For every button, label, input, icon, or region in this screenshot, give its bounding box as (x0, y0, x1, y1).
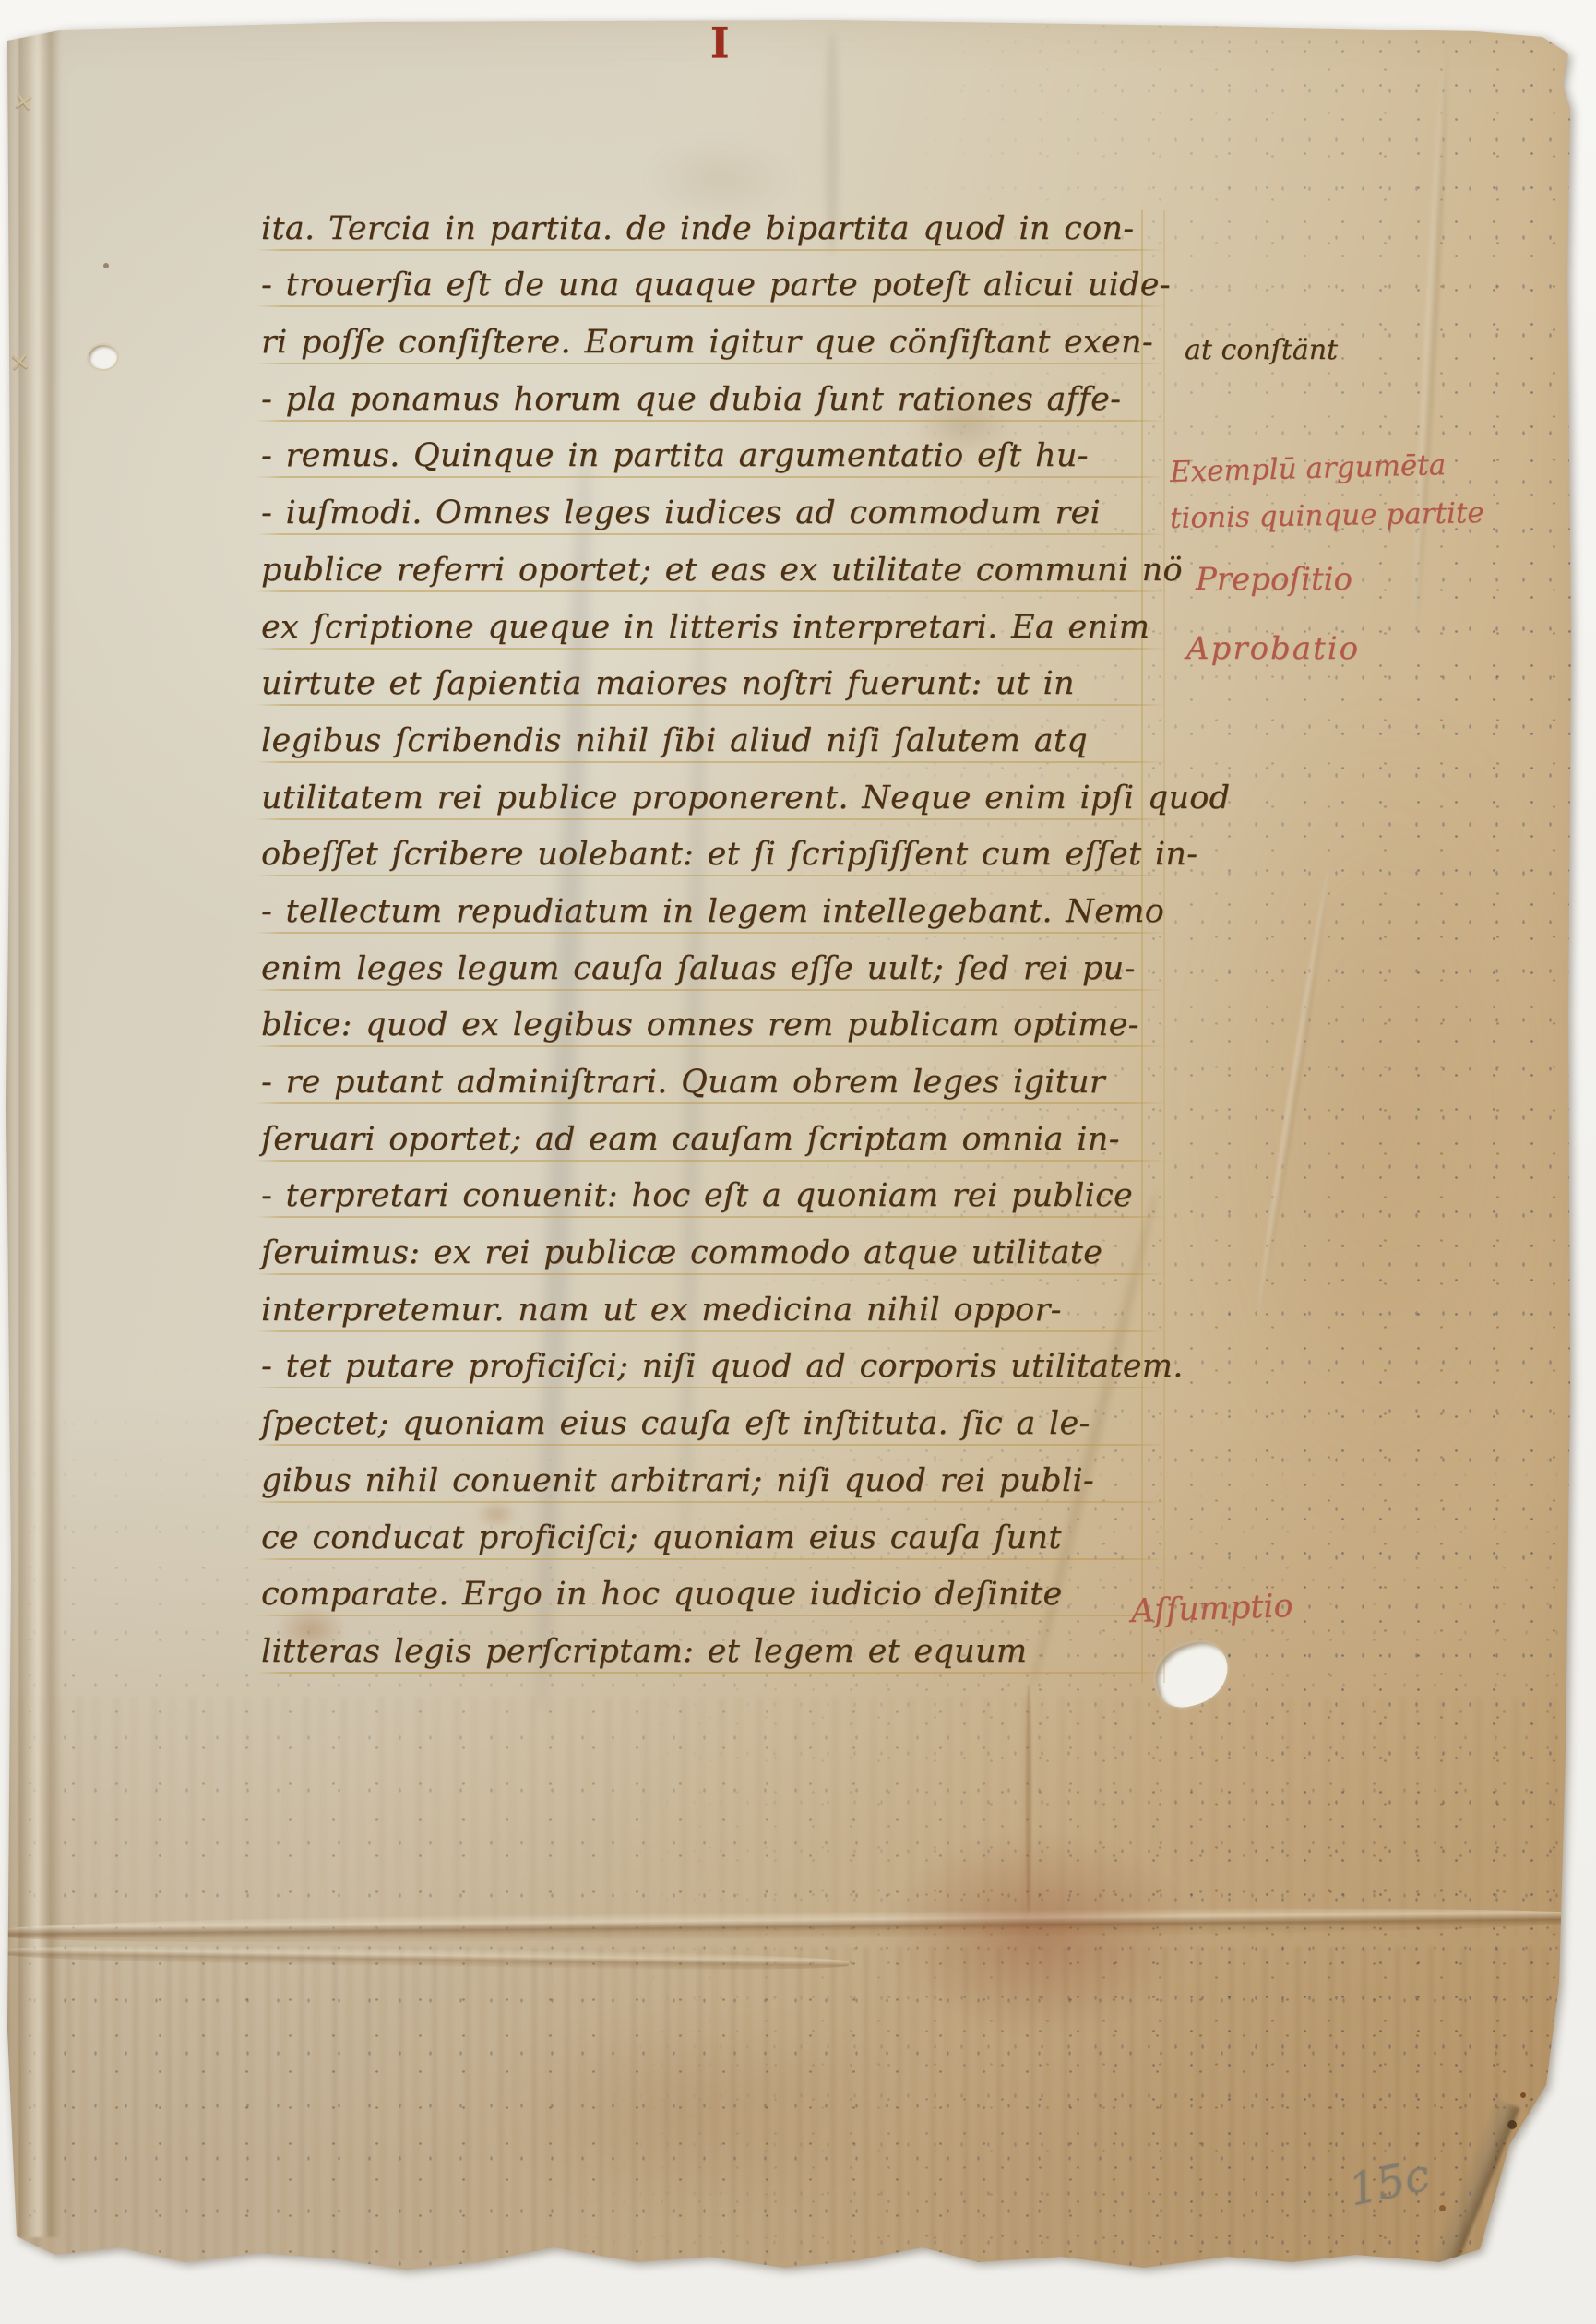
parchment-wrap: ✕ ✕ (0, 0, 1596, 2324)
horizontal-fold-crease (0, 1904, 1596, 1948)
manuscript-line-text: ce conducat proficiſci; quoniam eius cau… (261, 1520, 1062, 1556)
manuscript-line: obeſſet ſcribere uolebant: et ſi ſcripſi… (261, 822, 1163, 879)
manuscript-line: ri poſſe conſiſtere. Eorum igitur que cö… (261, 309, 1163, 366)
wrinkle-crease (1254, 860, 1335, 1317)
manuscript-line: blice: quod ex legibus omnes rem publica… (261, 993, 1163, 1050)
manuscript-line-text: ſeruari oportet; ad eam cauſam ſcriptam … (261, 1121, 1120, 1158)
tan-wash-stain (1190, 701, 1578, 1531)
manuscript-line: interpretemur. nam ut ex medicina nihil … (261, 1277, 1163, 1334)
manuscript-line-text: comparate. Ergo in hoc quoque iudicio de… (261, 1576, 1063, 1613)
parchment-striation-texture (0, 1698, 1596, 1937)
binding-stitch-icon: ✕ (11, 88, 36, 119)
wrinkle-crease (1026, 1684, 1031, 1914)
manuscript-line-text: - iuſmodi. Omnes leges iudices ad commod… (261, 495, 1101, 531)
manuscript-line: - trouerſia eſt de una quaque parte pote… (261, 253, 1163, 310)
manuscript-line-text: enim leges legum cauſa ſaluas eſſe uult;… (261, 950, 1136, 987)
manuscript-line: litteras legis perſcriptam: et legem et … (261, 1618, 1163, 1675)
ink-spot (1520, 2092, 1526, 2098)
margin-note-at-constant: at conſtänt (1185, 334, 1338, 366)
vertical-ruling-line (1163, 210, 1165, 1683)
manuscript-line-text: ſeruimus: ex rei publicæ commodo atque u… (261, 1234, 1102, 1271)
margin-note-exemplum-line1: Exemplū argumēta (1170, 448, 1447, 489)
manuscript-line-text: - pla ponamus horum que dubia ſunt ratio… (261, 381, 1121, 418)
manuscript-line-text: interpretemur. nam ut ex medicina nihil … (261, 1292, 1062, 1329)
ink-spot (103, 263, 109, 268)
main-text-block: ita. Tercia in partita. de inde bipartit… (261, 196, 1163, 1675)
manuscript-line: uirtute et ſapientia maiores noſtri fuer… (261, 651, 1163, 709)
manuscript-line-text: - tet putare proficiſci; niſi quod ad co… (261, 1348, 1184, 1385)
manuscript-line-text: ri poſſe conſiſtere. Eorum igitur que cö… (261, 324, 1153, 361)
manuscript-line: - terpretari conuenit: hoc eſt a quoniam… (261, 1163, 1163, 1221)
manuscript-line: - remus. Quinque in partita argumentatio… (261, 423, 1163, 481)
manuscript-line-text: - terpretari conuenit: hoc eſt a quoniam… (261, 1177, 1133, 1214)
margin-note-prepositio: Prepoſitio (1196, 561, 1352, 598)
manuscript-line: - iuſmodi. Omnes leges iudices ad commod… (261, 480, 1163, 537)
manuscript-line: comparate. Ergo in hoc quoque iudicio de… (261, 1562, 1163, 1619)
parchment-leaf: ✕ ✕ (0, 0, 1596, 2324)
margin-note-assumptio: Aſſumptio (1130, 1588, 1293, 1630)
scanned-page: ✕ ✕ (0, 0, 1596, 2324)
manuscript-line: gibus nihil conuenit arbitrari; niſi quo… (261, 1448, 1163, 1505)
binding-stitch-icon: ✕ (7, 348, 31, 378)
ink-spot (1439, 2205, 1446, 2211)
turned-corner-shadow (1423, 2098, 1520, 2283)
manuscript-line: - tellectum repudiatum in legem intelleg… (261, 878, 1163, 936)
manuscript-line: ſeruimus: ex rei publicæ commodo atque u… (261, 1220, 1163, 1277)
folio-mark-pencil: 15c (1344, 2149, 1435, 2216)
tan-wash-stain (498, 2011, 895, 2205)
fold-stain (886, 1834, 1190, 2032)
manuscript-line-text: - remus. Quinque in partita argumentatio… (261, 437, 1089, 474)
page-number: I (710, 19, 730, 69)
manuscript-line: ſeruari oportet; ad eam cauſam ſcriptam … (261, 1106, 1163, 1163)
manuscript-line: ſpectet; quoniam eius cauſa eſt inſtitut… (261, 1390, 1163, 1448)
manuscript-line-text: - re putant adminiſtrari. Quam obrem leg… (261, 1064, 1105, 1101)
manuscript-line: - pla ponamus horum que dubia ſunt ratio… (261, 366, 1163, 423)
ink-spot (1507, 2120, 1517, 2129)
manuscript-line: utilitatem rei publice proponerent. Nequ… (261, 765, 1163, 822)
manuscript-line-text: obeſſet ſcribere uolebant: et ſi ſcripſi… (261, 836, 1197, 873)
manuscript-line-text: - tellectum repudiatum in legem intelleg… (261, 893, 1164, 930)
manuscript-line-text: blice: quod ex legibus omnes rem publica… (261, 1007, 1139, 1043)
manuscript-line: legibus ſcribendis nihil ſibi aliud niſi… (261, 708, 1163, 765)
margin-note-exemplum-line2: tionis quinque partite (1170, 496, 1484, 535)
manuscript-line: publice referri oportet; et eas ex utili… (261, 537, 1163, 594)
horizontal-fold-crease (0, 1943, 849, 1973)
manuscript-line-text: publice referri oportet; et eas ex utili… (261, 552, 1183, 589)
manuscript-line-text: ita. Tercia in partita. de inde bipartit… (261, 210, 1134, 247)
manuscript-line-text: utilitatem rei publice proponerent. Nequ… (261, 780, 1230, 816)
manuscript-line: - re putant adminiſtrari. Quam obrem leg… (261, 1049, 1163, 1106)
parchment-hole (89, 345, 117, 369)
manuscript-line-text: ſpectet; quoniam eius cauſa eſt inſtitut… (261, 1405, 1090, 1442)
manuscript-line-text: uirtute et ſapientia maiores noſtri fuer… (261, 665, 1075, 702)
manuscript-line-text: legibus ſcribendis nihil ſibi aliud niſi… (261, 722, 1088, 759)
manuscript-line-text: gibus nihil conuenit arbitrari; niſi quo… (261, 1462, 1094, 1499)
manuscript-line: enim leges legum cauſa ſaluas eſſe uult;… (261, 936, 1163, 993)
manuscript-line: ita. Tercia in partita. de inde bipartit… (261, 196, 1163, 253)
manuscript-line-text: ex ſcriptione queque in litteris interpr… (261, 609, 1149, 646)
manuscript-line: - tet putare proficiſci; niſi quod ad co… (261, 1334, 1163, 1391)
manuscript-line-text: litteras legis perſcriptam: et legem et … (261, 1633, 1027, 1670)
manuscript-line: ex ſcriptione queque in litteris interpr… (261, 594, 1163, 651)
manuscript-line-text: - trouerſia eſt de una quaque parte pote… (261, 267, 1171, 304)
manuscript-line: ce conducat proficiſci; quoniam eius cau… (261, 1505, 1163, 1562)
margin-note-aprobatio: Aprobatio (1186, 630, 1360, 667)
wrinkle-crease (1410, 37, 1452, 637)
